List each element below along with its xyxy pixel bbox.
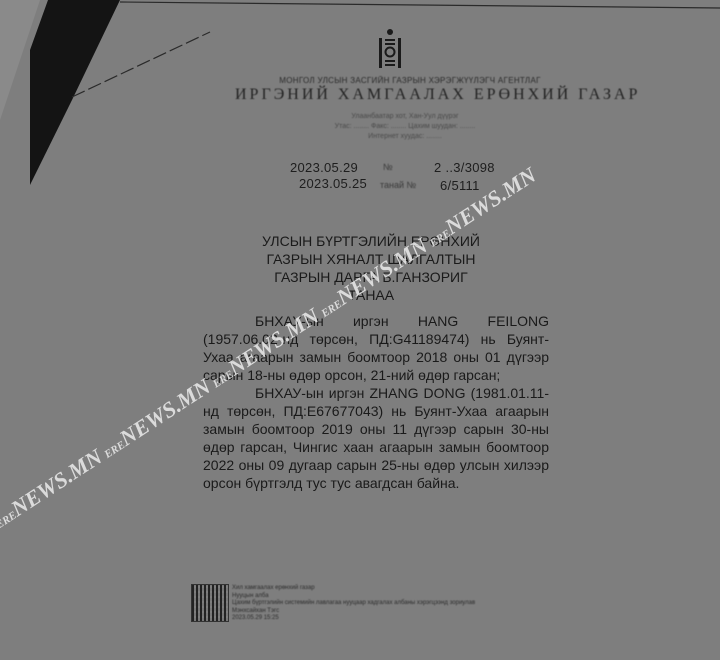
letter-number: 2 ..3/3098 (434, 160, 495, 175)
office-name: ИРГЭНИЙ ХАМГААЛАХ ЕРӨНХИЙ ГАЗАР (235, 86, 580, 104)
address-line: Утас: ........ Факс: ........ Цахим шууд… (240, 122, 570, 132)
reply-number: 6/5111 (440, 178, 480, 193)
body-paragraph: БНХАУ-ын иргэн ZHANG DONG (1981.01.11-нд… (203, 384, 549, 492)
footer-line: 2023.05.29 15:25 (232, 615, 475, 623)
address-line: Улаанбаатар хот, Хан-Уул дүүрэг (240, 112, 570, 122)
footer-line: Мэнхсайхан Тэгс (232, 608, 475, 616)
number-label: № (383, 162, 393, 172)
footer-line: Цахим бүртгэлийн системийн лавлагаа нууц… (232, 600, 475, 608)
footer-line: Хил хамгаалах ерөнхий газар (232, 585, 475, 593)
reply-number-label: танай № (380, 180, 416, 190)
letter-date: 2023.05.29 (290, 160, 358, 175)
reply-date: 2023.05.25 (299, 176, 367, 191)
address-line: Интернет хуудас: ........ (240, 132, 570, 142)
footer-line: Нууцын алба (232, 593, 475, 601)
agency-name: МОНГОЛ УЛСЫН ЗАСГИЙН ГАЗРЫН ХЭРЭГЖҮҮЛЭГЧ… (240, 76, 580, 85)
qr-code-icon (192, 585, 228, 621)
soyombo-emblem-icon (377, 28, 403, 70)
office-address: Улаанбаатар хот, Хан-Уул дүүрэг Утас: ..… (240, 112, 570, 142)
footer-text: Хил хамгаалах ерөнхий газар Нууцын алба … (232, 585, 475, 623)
